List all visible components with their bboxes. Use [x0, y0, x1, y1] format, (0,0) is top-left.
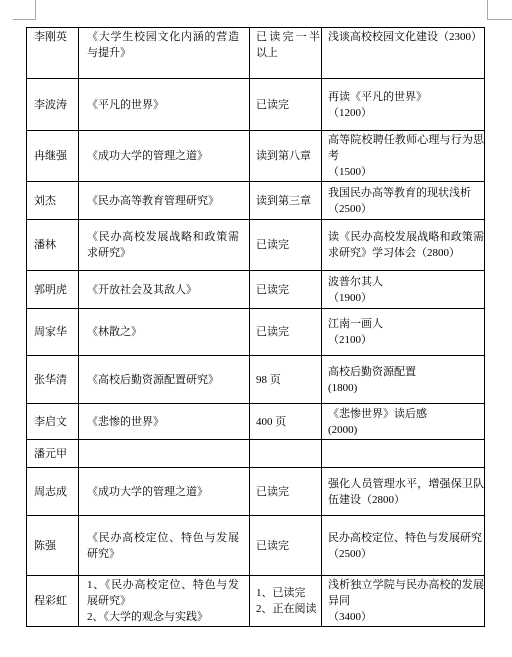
table-row: 李波涛 《平凡的世界》 已读完 再读《平凡的世界》 （1200） [27, 79, 485, 131]
cell-book [79, 440, 250, 468]
cell-book: 1、《民办高校定位、特色与发展研究》 2、《大学的观念与实践》 [79, 576, 250, 627]
cell-progress: 已读完 [250, 468, 322, 516]
margin-crop-mark-left-vertical [35, 0, 36, 19]
cell-note: 浅谈高校校园文化建设（2300） [322, 28, 485, 79]
cell-name: 周家华 [27, 309, 79, 356]
cell-name: 冉继强 [27, 131, 79, 182]
cell-name: 程彩虹 [27, 576, 79, 627]
cell-note: 江南一画人 （2100） [322, 309, 485, 356]
cell-book: 《林散之》 [79, 309, 250, 356]
cell-name: 周志成 [27, 468, 79, 516]
cell-name: 李波涛 [27, 79, 79, 131]
cell-progress: 已读完 [250, 516, 322, 576]
reading-progress-table: 李刚英 《大学生校园文化内涵的营造与提升》 已读完一半以上 浅谈高校校园文化建设… [26, 27, 485, 627]
cell-note: 我国民办高等教育的现状浅析 （2500） [322, 182, 485, 220]
table-row: 周志成 《成功大学的管理之道》 已读完 强化人员管理水平，增强保卫队伍建设（28… [27, 468, 485, 516]
cell-progress: 已读完一半以上 [250, 28, 322, 79]
cell-book: 《悲惨的世界》 [79, 404, 250, 440]
cell-name: 潘元甲 [27, 440, 79, 468]
cell-book: 《大学生校园文化内涵的营造与提升》 [79, 28, 250, 79]
cell-progress: 1、已读完 2、正在阅读 [250, 576, 322, 627]
cell-name: 李启文 [27, 404, 79, 440]
cell-note: 高校后勤资源配置 (1800) [322, 356, 485, 404]
cell-progress [250, 440, 322, 468]
cell-book: 《高校后勤资源配置研究》 [79, 356, 250, 404]
cell-progress: 读到第三章 [250, 182, 322, 220]
cell-progress: 400 页 [250, 404, 322, 440]
cell-name: 刘杰 [27, 182, 79, 220]
cell-book: 《民办高等教育管理研究》 [79, 182, 250, 220]
cell-name: 张华清 [27, 356, 79, 404]
cell-progress: 98 页 [250, 356, 322, 404]
cell-name: 李刚英 [27, 28, 79, 79]
cell-progress: 读到第八章 [250, 131, 322, 182]
cell-note: 强化人员管理水平，增强保卫队伍建设（2800） [322, 468, 485, 516]
table-row: 程彩虹 1、《民办高校定位、特色与发展研究》 2、《大学的观念与实践》 1、已读… [27, 576, 485, 627]
cell-book: 《平凡的世界》 [79, 79, 250, 131]
cell-note: 《悲惨世界》读后感 (2000) [322, 404, 485, 440]
cell-name: 潘林 [27, 220, 79, 271]
margin-crop-mark-left-horizontal [13, 19, 36, 20]
margin-crop-mark-right-vertical [487, 0, 488, 19]
margin-crop-mark-right-horizontal [487, 19, 512, 20]
cell-progress: 已读完 [250, 220, 322, 271]
document-page: { "page": { "background_color": "#ffffff… [0, 0, 512, 657]
table-row: 刘杰 《民办高等教育管理研究》 读到第三章 我国民办高等教育的现状浅析 （250… [27, 182, 485, 220]
cell-note: 再读《平凡的世界》 （1200） [322, 79, 485, 131]
cell-note: 浅析独立学院与民办高校的发展异同 （3400） [322, 576, 485, 627]
cell-book: 《民办高校发展战略和政策需求研究》 [79, 220, 250, 271]
cell-note: 读《民办高校发展战略和政策需求研究》学习体会（2800） [322, 220, 485, 271]
cell-book: 《成功大学的管理之道》 [79, 468, 250, 516]
table-row: 周家华 《林散之》 已读完 江南一画人 （2100） [27, 309, 485, 356]
cell-progress: 已读完 [250, 79, 322, 131]
cell-progress: 已读完 [250, 309, 322, 356]
cell-note: 民办高校定位、特色与发展研究 （2500） [322, 516, 485, 576]
table-row: 张华清 《高校后勤资源配置研究》 98 页 高校后勤资源配置 (1800) [27, 356, 485, 404]
table-row: 李启文 《悲惨的世界》 400 页 《悲惨世界》读后感 (2000) [27, 404, 485, 440]
cell-progress: 已读完 [250, 271, 322, 309]
table-row: 郭明虎 《开放社会及其敌人》 已读完 波普尔其人 （1900） [27, 271, 485, 309]
table-row: 潘林 《民办高校发展战略和政策需求研究》 已读完 读《民办高校发展战略和政策需求… [27, 220, 485, 271]
table-row: 陈强 《民办高校定位、特色与发展研究》 已读完 民办高校定位、特色与发展研究 （… [27, 516, 485, 576]
cell-note: 高等院校聘任教师心理与行为思考 （1500） [322, 131, 485, 182]
table-row: 冉继强 《成功大学的管理之道》 读到第八章 高等院校聘任教师心理与行为思考 （1… [27, 131, 485, 182]
table-row: 李刚英 《大学生校园文化内涵的营造与提升》 已读完一半以上 浅谈高校校园文化建设… [27, 28, 485, 79]
cell-name: 陈强 [27, 516, 79, 576]
cell-note [322, 440, 485, 468]
table-row: 潘元甲 [27, 440, 485, 468]
cell-book: 《开放社会及其敌人》 [79, 271, 250, 309]
cell-book: 《民办高校定位、特色与发展研究》 [79, 516, 250, 576]
cell-note: 波普尔其人 （1900） [322, 271, 485, 309]
cell-name: 郭明虎 [27, 271, 79, 309]
cell-book: 《成功大学的管理之道》 [79, 131, 250, 182]
